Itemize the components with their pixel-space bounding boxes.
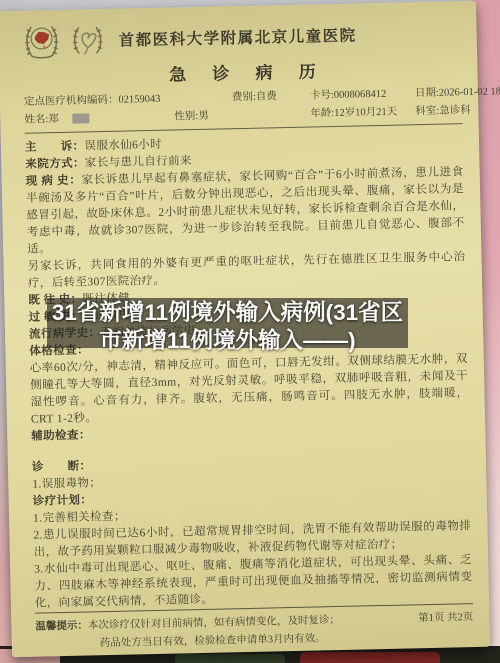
children-hospital-logo-icon: [69, 21, 106, 60]
department-field: 科室:急诊科: [415, 102, 471, 118]
background-object-red: [300, 652, 440, 663]
patient-name-field: 姓名:郑: [24, 108, 174, 126]
tip-label: 温馨提示：: [35, 617, 88, 633]
caption-line-2: 市新增11例境外输入——): [99, 328, 355, 353]
date-field: 日期:2026-01-02 18:55: [415, 83, 500, 100]
header-logo-row: 首都医科大学附属北京儿童医院: [22, 13, 461, 61]
age-field: 年龄:12岁10月21天: [310, 103, 415, 120]
org-code-field: 定点医疗机构编码：02159043: [24, 89, 232, 109]
record-body: 主 诉：误服水仙6小时 来院方式：家长与患儿自行前来 现 病 史：家长诉患儿早起…: [25, 130, 473, 612]
health-commission-emblem-icon: [22, 22, 61, 61]
record-line-present-illness: 现 病 史：家长诉患儿早起有鼻塞症状，家长网购“百合”于6小时前煮汤，患儿进食半…: [26, 164, 466, 259]
fee-type-field: 费别:自费: [232, 88, 310, 105]
record-line-physical-exam-findings: 心率60次/分，神志清，精神反应可。面色可，口唇无发绀。双侧球结膜无水肿，双侧瞳…: [30, 351, 469, 429]
hospital-name: 首都医科大学附属北京儿童医院: [118, 23, 356, 50]
video-caption-overlay: 31省新增11例境外输入病例(31省区 市新增11例境外输入——): [47, 296, 408, 354]
caption-text: 31省新增11例境外输入病例(31省区 市新增11例境外输入——): [47, 296, 408, 354]
caption-line-1: 31省新增11例境外输入病例(31省区: [52, 300, 403, 325]
card-number-field: 卡号:0008068412: [310, 85, 415, 102]
photo-of-medical-record: 首都医科大学附属北京儿童医院 急 诊 病 历 定点医疗机构编码：02159043…: [0, 0, 500, 663]
record-footer: 温馨提示： 本次诊疗仅针对目前病情，如有病情变化，及时复诊； 第1页 共2页 药…: [35, 603, 474, 652]
document-title: 急 诊 病 历: [23, 54, 461, 89]
page-indicator: 第1页 共2页: [418, 609, 473, 625]
gender-field: 性别:男: [174, 106, 310, 124]
tip-line-1: 本次诊疗仅针对目前病情，如有病情变化，及时复诊；: [88, 612, 340, 632]
background-object-green: [175, 654, 285, 663]
name-redaction-block: [73, 113, 90, 123]
